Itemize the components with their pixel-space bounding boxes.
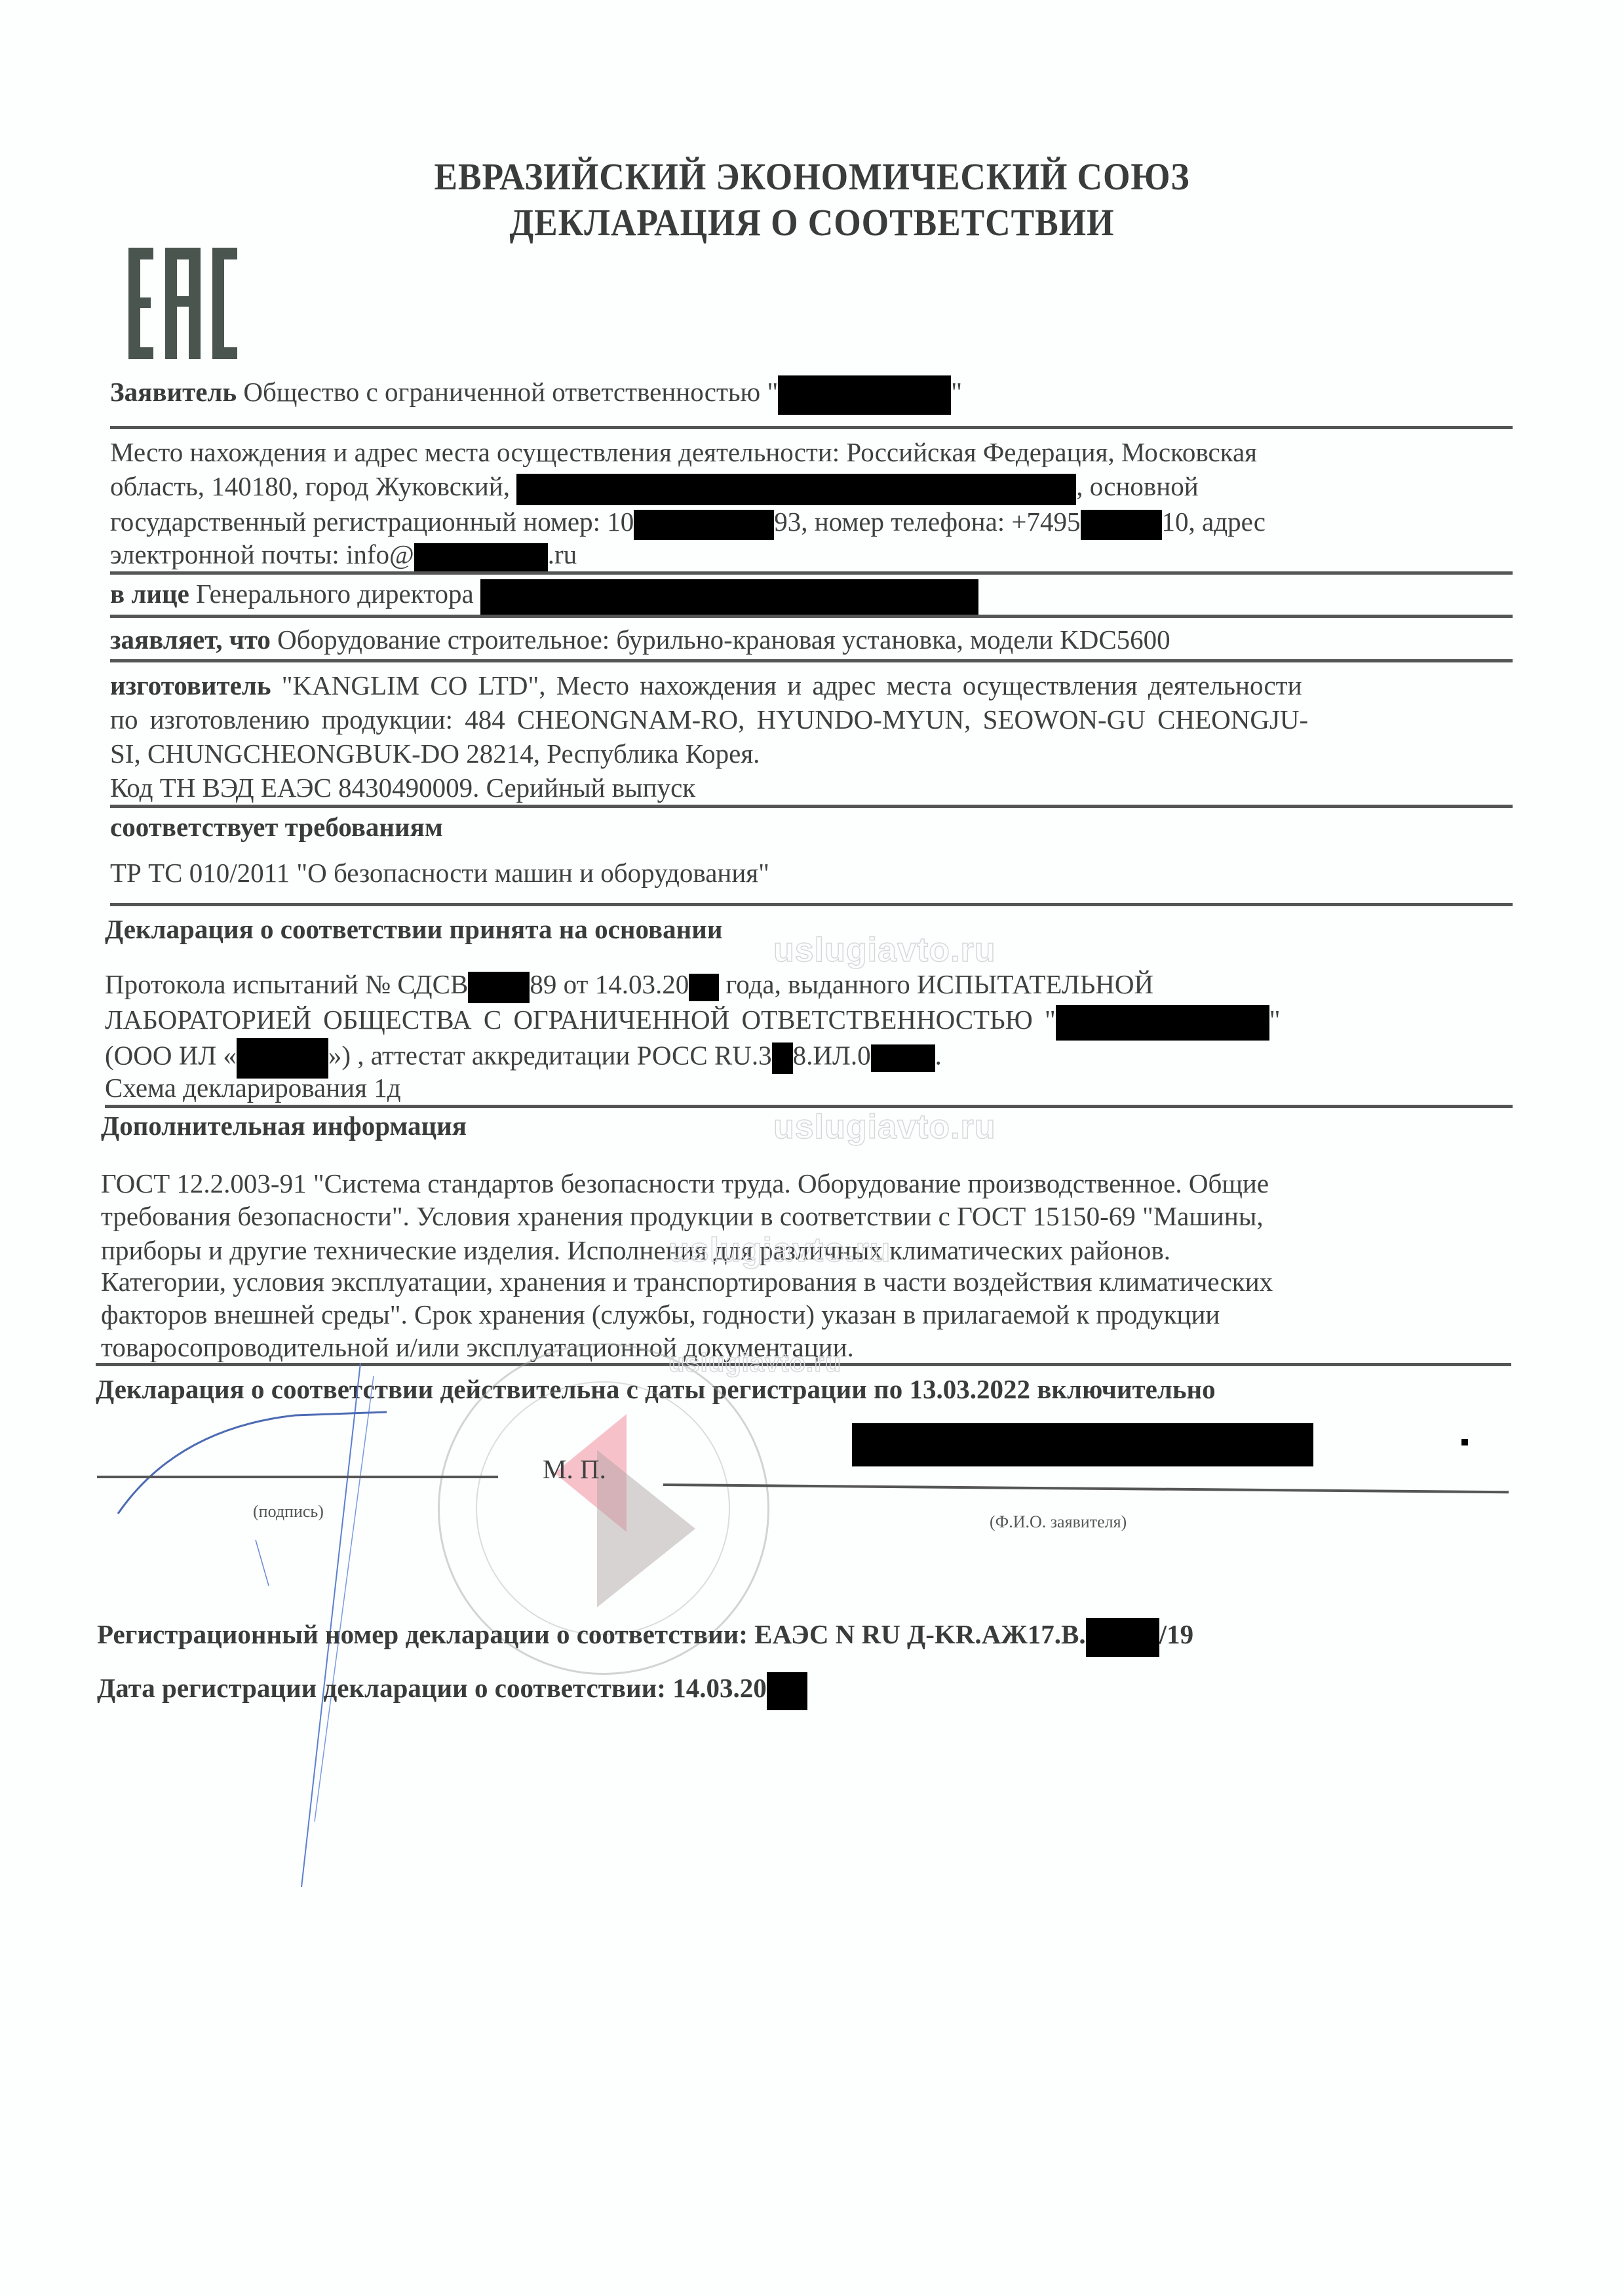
- declares-row: заявляет, что Оборудование строительное:…: [110, 622, 1170, 657]
- issued-by-text: года, выданного ИСПЫТАТЕЛЬНОЙ: [725, 969, 1153, 999]
- registration-date-label: Дата регистрации декларации о соответств…: [97, 1673, 666, 1703]
- declares-label: заявляет, что: [110, 624, 271, 655]
- product-description: Оборудование строительное: бурильно-кран…: [277, 624, 1170, 655]
- additional-line-3: приборы и другие технические изделия. Ис…: [101, 1233, 1170, 1268]
- representative-value: Генерального директора: [196, 579, 474, 609]
- basis-label: Декларация о соответствии принята на осн…: [105, 912, 722, 947]
- redaction-block: [480, 579, 978, 615]
- lab-short-name: (ООО ИЛ «: [105, 1040, 237, 1070]
- document-title: ДЕКЛАРАЦИЯ О СООТВЕТСТВИИ: [65, 201, 1559, 244]
- registration-number-row: Регистрационный номер декларации о соотв…: [97, 1617, 1193, 1657]
- name-line: [663, 1483, 1509, 1493]
- divider: [110, 903, 1513, 906]
- additional-line-1: ГОСТ 12.2.003-91 "Система стандартов без…: [101, 1166, 1269, 1201]
- representative-row: в лице Генерального директора: [110, 577, 978, 615]
- address-line-2: область, 140180, город Жуковский, , осно…: [110, 469, 1199, 505]
- watermark: uslugiavto.ru: [668, 1349, 841, 1378]
- manufacturer-line-3: SI, CHUNGCHEONGBUK-DO 28214, Республика …: [110, 737, 760, 771]
- redaction-block: [468, 972, 530, 1003]
- requirements-label: соответствует требованиям: [110, 810, 443, 845]
- union-title: ЕВРАЗИЙСКИЙ ЭКОНОМИЧЕСКИЙ СОЮЗ: [65, 155, 1559, 199]
- manufacturer-text: "KANGLIM CO LTD", Место нахождения и адр…: [282, 670, 1302, 700]
- applicant-value-end: ": [951, 377, 962, 407]
- address-line-4: электронной почты: info@.ru: [110, 537, 577, 572]
- redaction-block: [1086, 1618, 1159, 1657]
- watermark: uslugiavto.ru: [773, 1107, 996, 1147]
- registration-number-value: ЕАЭС N RU Д-KR.АЖ17.В.: [754, 1619, 1086, 1649]
- redaction-block: [767, 1672, 807, 1710]
- divider: [110, 571, 1513, 575]
- divider: [110, 426, 1513, 429]
- protocol-date: 89 от 14.03.20: [530, 969, 689, 999]
- registration-number-label: Регистрационный номер декларации о соотв…: [97, 1619, 748, 1649]
- email-text: электронной почты: info@: [110, 539, 414, 569]
- applicant-label: Заявитель: [110, 377, 237, 407]
- redaction-block: [772, 1043, 793, 1074]
- name-caption: (Ф.И.О. заявителя): [990, 1504, 1127, 1539]
- representative-label: в лице: [110, 579, 189, 609]
- additional-line-2: требования безопасности". Условия хранен…: [101, 1199, 1264, 1234]
- signature-line: [97, 1476, 498, 1478]
- signature-caption: (подпись): [253, 1494, 324, 1529]
- address-text: 10, адрес: [1162, 507, 1266, 537]
- eac-logo-icon: [128, 248, 240, 360]
- redaction-block: [852, 1423, 1313, 1466]
- divider: [110, 659, 1513, 662]
- seal-label: М. П.: [543, 1452, 606, 1487]
- manufacturer-label: изготовитель: [110, 670, 271, 700]
- applicant-row: Заявитель Общество с ограниченной ответс…: [110, 375, 962, 415]
- registration-date-value: 14.03.20: [672, 1673, 767, 1703]
- address-line-3: государственный регистрационный номер: 1…: [110, 505, 1266, 540]
- basis-line-1: Протокола испытаний № СДСВ89 от 14.03.20…: [105, 967, 1153, 1003]
- redaction-block: [1056, 1005, 1269, 1041]
- manufacturer-line-1: изготовитель "KANGLIM CO LTD", Место нах…: [110, 668, 1302, 703]
- redaction-mark: [1461, 1439, 1468, 1445]
- hs-code-line: Код ТН ВЭД ЕАЭС 8430490009. Серийный вып…: [110, 771, 695, 805]
- applicant-value: Общество с ограниченной ответственностью…: [243, 377, 778, 407]
- manufacturer-line-2: по изготовлению продукции: 484 CHEONGNAM…: [110, 702, 1308, 737]
- registration-date-row: Дата регистрации декларации о соответств…: [97, 1671, 807, 1710]
- redaction-block: [1081, 510, 1162, 540]
- redaction-block: [516, 474, 1076, 505]
- accreditation-number: 8.ИЛ.0: [793, 1040, 871, 1070]
- basis-line-2: ЛАБОРАТОРИЕЙ ОБЩЕСТВА С ОГРАНИЧЕННОЙ ОТВ…: [105, 1003, 1281, 1041]
- address-line-1: Место нахождения и адрес места осуществл…: [110, 435, 1257, 470]
- lab-name-end: ": [1269, 1004, 1281, 1035]
- additional-line-5: факторов внешней среды". Срок хранения (…: [101, 1297, 1220, 1332]
- redaction-block: [414, 543, 548, 572]
- divider: [110, 805, 1513, 808]
- redaction-block: [689, 974, 719, 1001]
- watermark: uslugiavto.ru: [668, 1231, 891, 1270]
- registration-number-suffix: /19: [1159, 1619, 1193, 1649]
- ogrn-text: государственный регистрационный номер: 1…: [110, 507, 634, 537]
- address-text: , основной: [1076, 471, 1198, 501]
- protocol-text: Протокола испытаний № СДСВ: [105, 969, 468, 999]
- lab-name-text: ЛАБОРАТОРИЕЙ ОБЩЕСТВА С ОГРАНИЧЕННОЙ ОТВ…: [105, 1004, 1056, 1035]
- redaction-block: [778, 375, 951, 415]
- phone-text: 93, номер телефона: +7495: [774, 507, 1080, 537]
- redaction-block: [634, 510, 774, 540]
- email-domain: .ru: [548, 539, 577, 569]
- requirements-value: ТР ТС 010/2011 "О безопасности машин и о…: [110, 856, 769, 890]
- address-text: область, 140180, город Жуковский,: [110, 471, 510, 501]
- watermark: uslugiavto.ru: [773, 930, 996, 970]
- period: .: [935, 1040, 942, 1070]
- declaration-scheme: Схема декларирования 1д: [105, 1071, 401, 1105]
- divider: [110, 615, 1513, 618]
- additional-label: Дополнительная информация: [101, 1109, 467, 1143]
- accreditation-text: ») , аттестат аккредитации РОСС RU.3: [328, 1040, 772, 1070]
- redaction-block: [871, 1044, 935, 1072]
